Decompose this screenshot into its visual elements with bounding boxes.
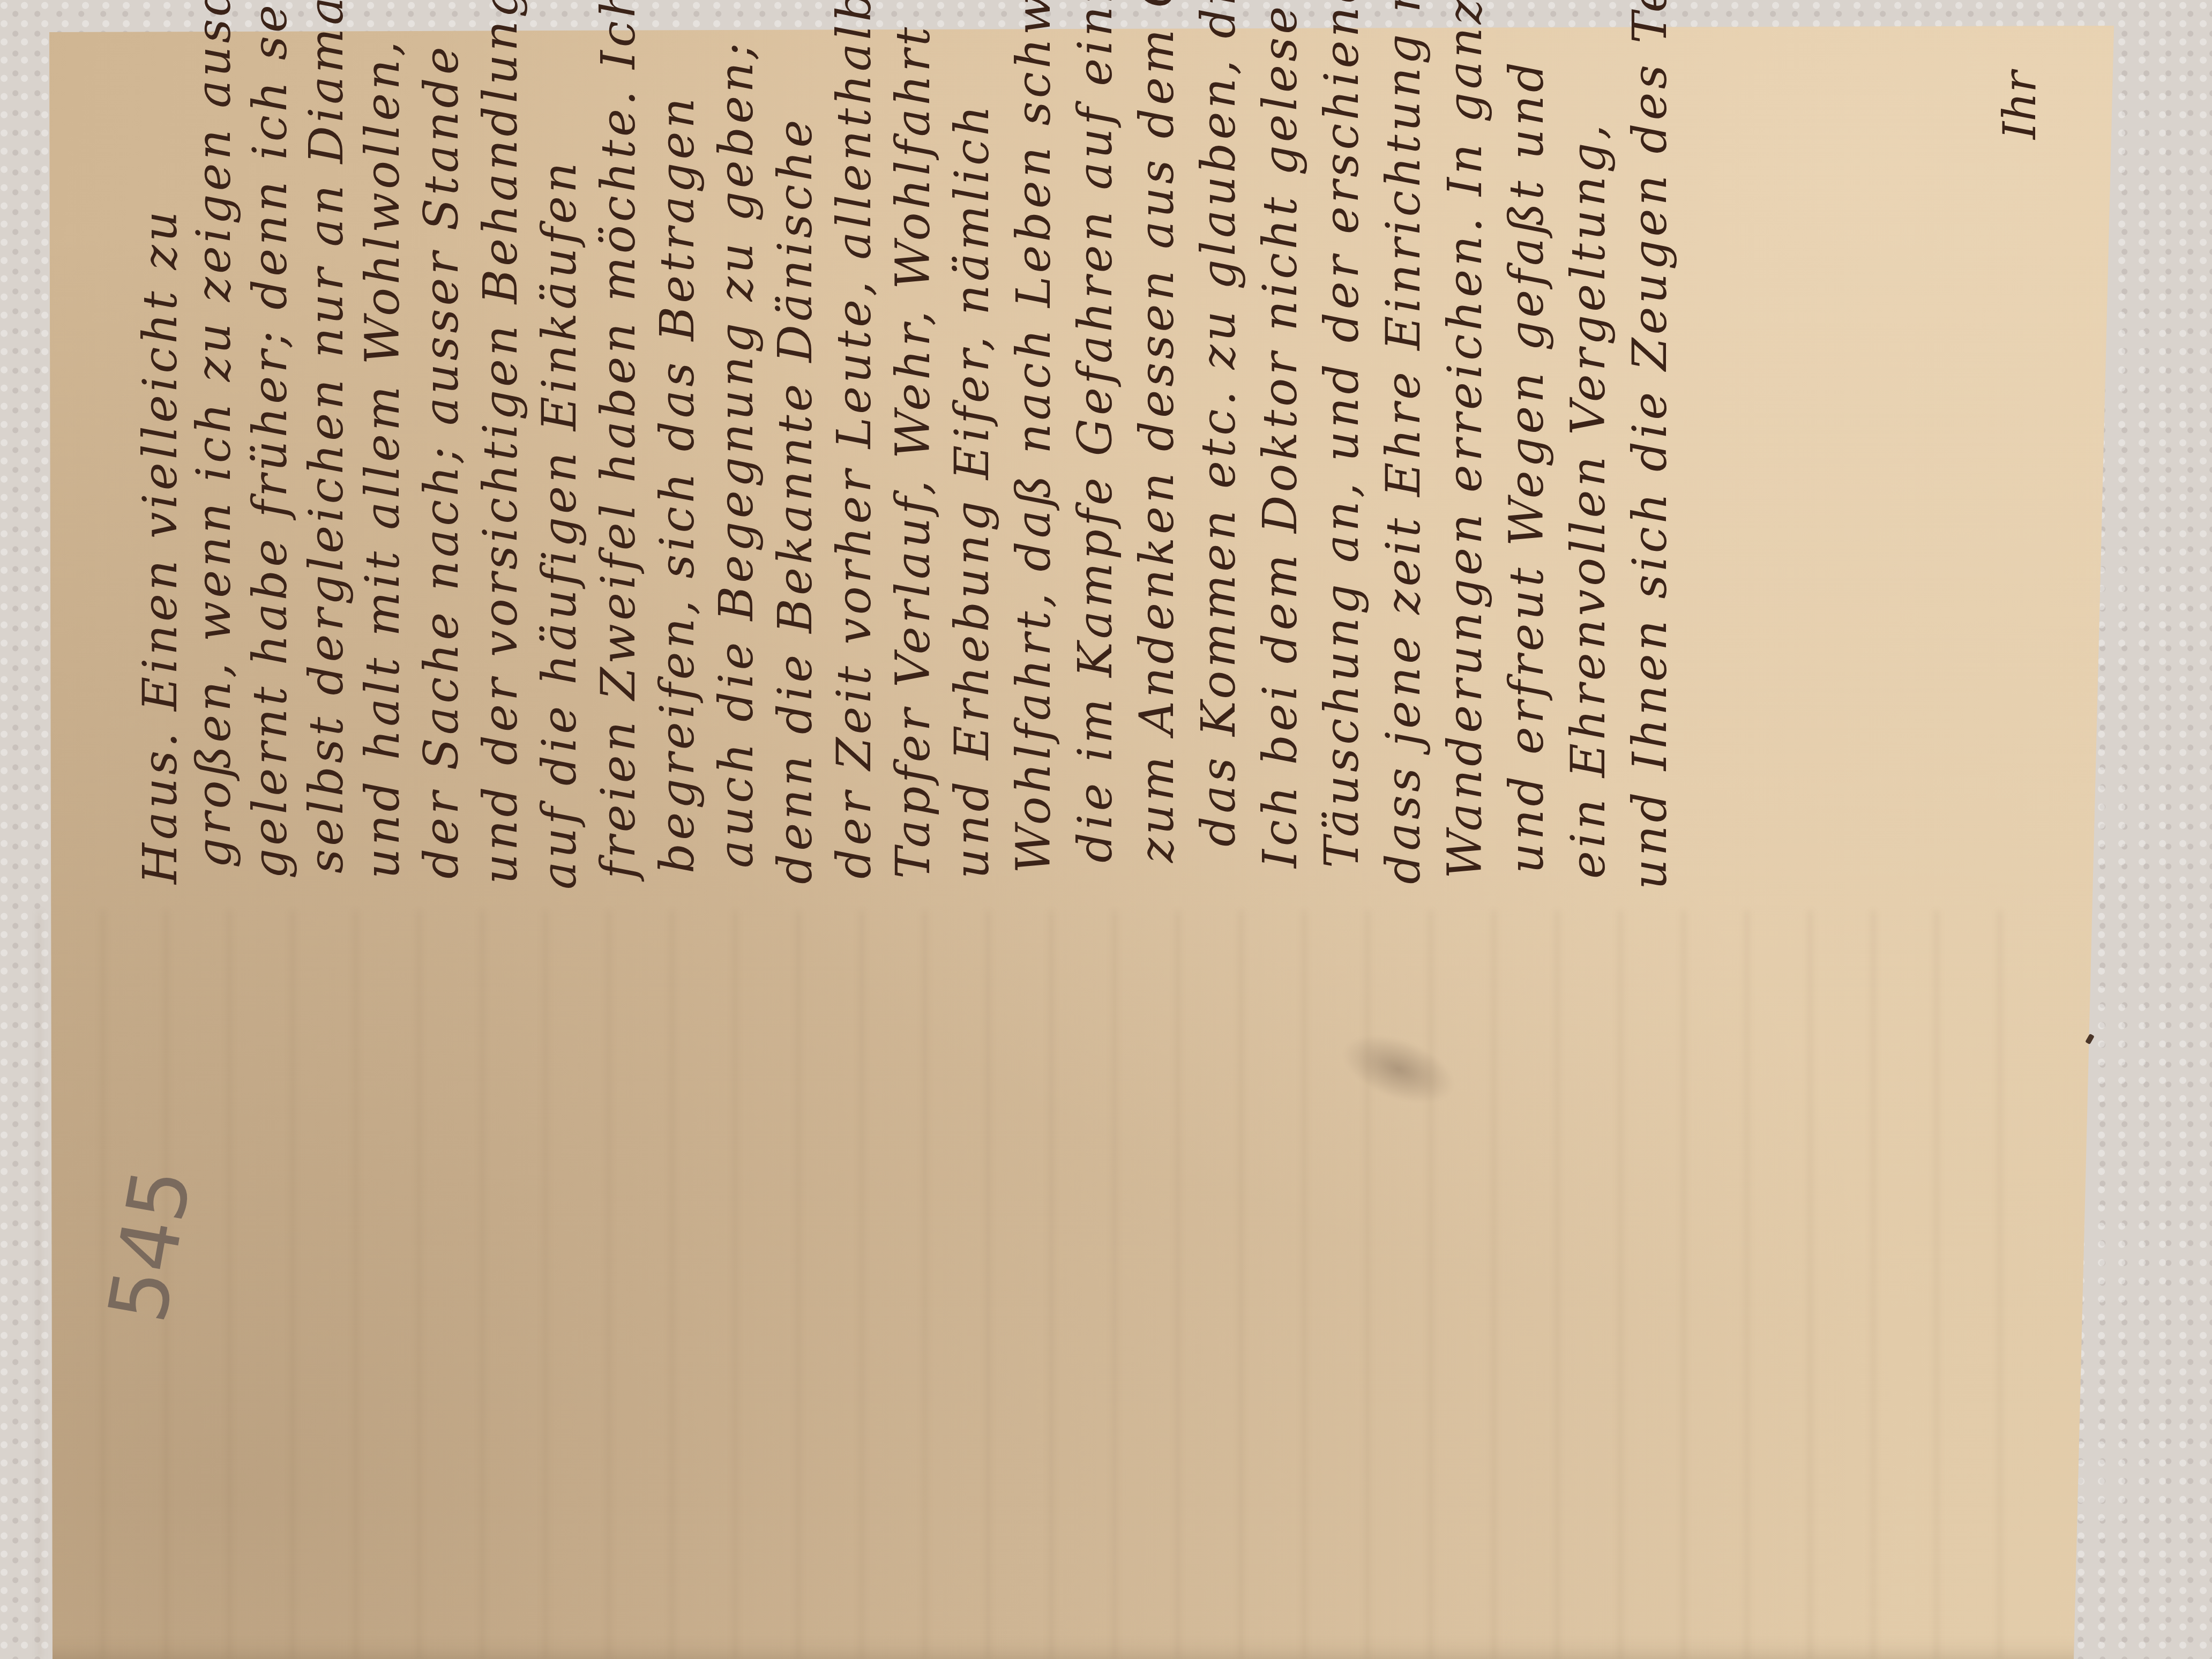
handwritten-line: und der vorsichtigen Behandlung <box>477 0 524 884</box>
handwritten-line: großen, wenn ich zu zeigen ausdrücken <box>190 0 237 868</box>
handwritten-line: und Erhebung Eifer, nämlich <box>948 102 996 879</box>
handwritten-line: Wanderungen erreichen. In ganz <box>1441 0 1489 879</box>
handwritten-line: der Zeit vorher Leute, allenthalben <box>831 0 878 879</box>
handwritten-line: das Kommen etc. zu glauben, die <box>1195 0 1242 847</box>
handwritten-line: Ich bei dem Doktor nicht gelesen <box>1257 0 1304 868</box>
handwritten-line: und Ihnen sich die Zeugen des Teils. <box>1626 0 1673 890</box>
handwritten-line: Wohlfahrt, daß nach Leben schwächt, <box>1010 0 1057 873</box>
handwritten-line: begreifen, sich das Betragen <box>654 95 701 873</box>
bleed-through-reverse-text <box>0 911 2036 1659</box>
handwritten-line: und halt mit allem Wohlwollen, <box>359 38 406 879</box>
handwritten-line: auf die häufigen Einkäufen <box>536 159 583 890</box>
handwritten-line: selbst dergleichen nur an Diamanten, <box>303 0 350 873</box>
handwritten-line: die im Kampfe Gefahren auf einige <box>1072 0 1119 863</box>
handwritten-line: gelernt habe früher; denn ich sehe <box>246 0 294 879</box>
handwritten-line: Haus. Einen vielleicht zu <box>137 208 184 884</box>
handwritten-line: denn die Bekannte Dänische <box>772 116 819 884</box>
handwritten-line: der Sache nach; ausser Stande <box>418 43 465 879</box>
handwritten-line: und erfreut Wegen gefaßt und <box>1503 59 1550 873</box>
handwritten-line: freien Zweifel haben möchte. Ich <box>595 0 642 879</box>
handwritten-line: auch die Begegnung zu geben; <box>713 40 760 868</box>
handwritten-line: Tapfer Verlauf, Wehr, Wohlfahrt <box>890 24 937 879</box>
catchword: Ihr <box>1993 71 2046 139</box>
handwritten-line: zum Andenken dessen aus dem Geschäft, <box>1133 0 1180 863</box>
handwritten-line: dass jene zeit Ehre Einrichtung mit <box>1380 0 1427 884</box>
handwritten-line: Täuschung an, und der erschienen, <box>1318 0 1365 868</box>
handwritten-line: ein Ehrenvollen Vergeltung, <box>1565 121 1612 879</box>
